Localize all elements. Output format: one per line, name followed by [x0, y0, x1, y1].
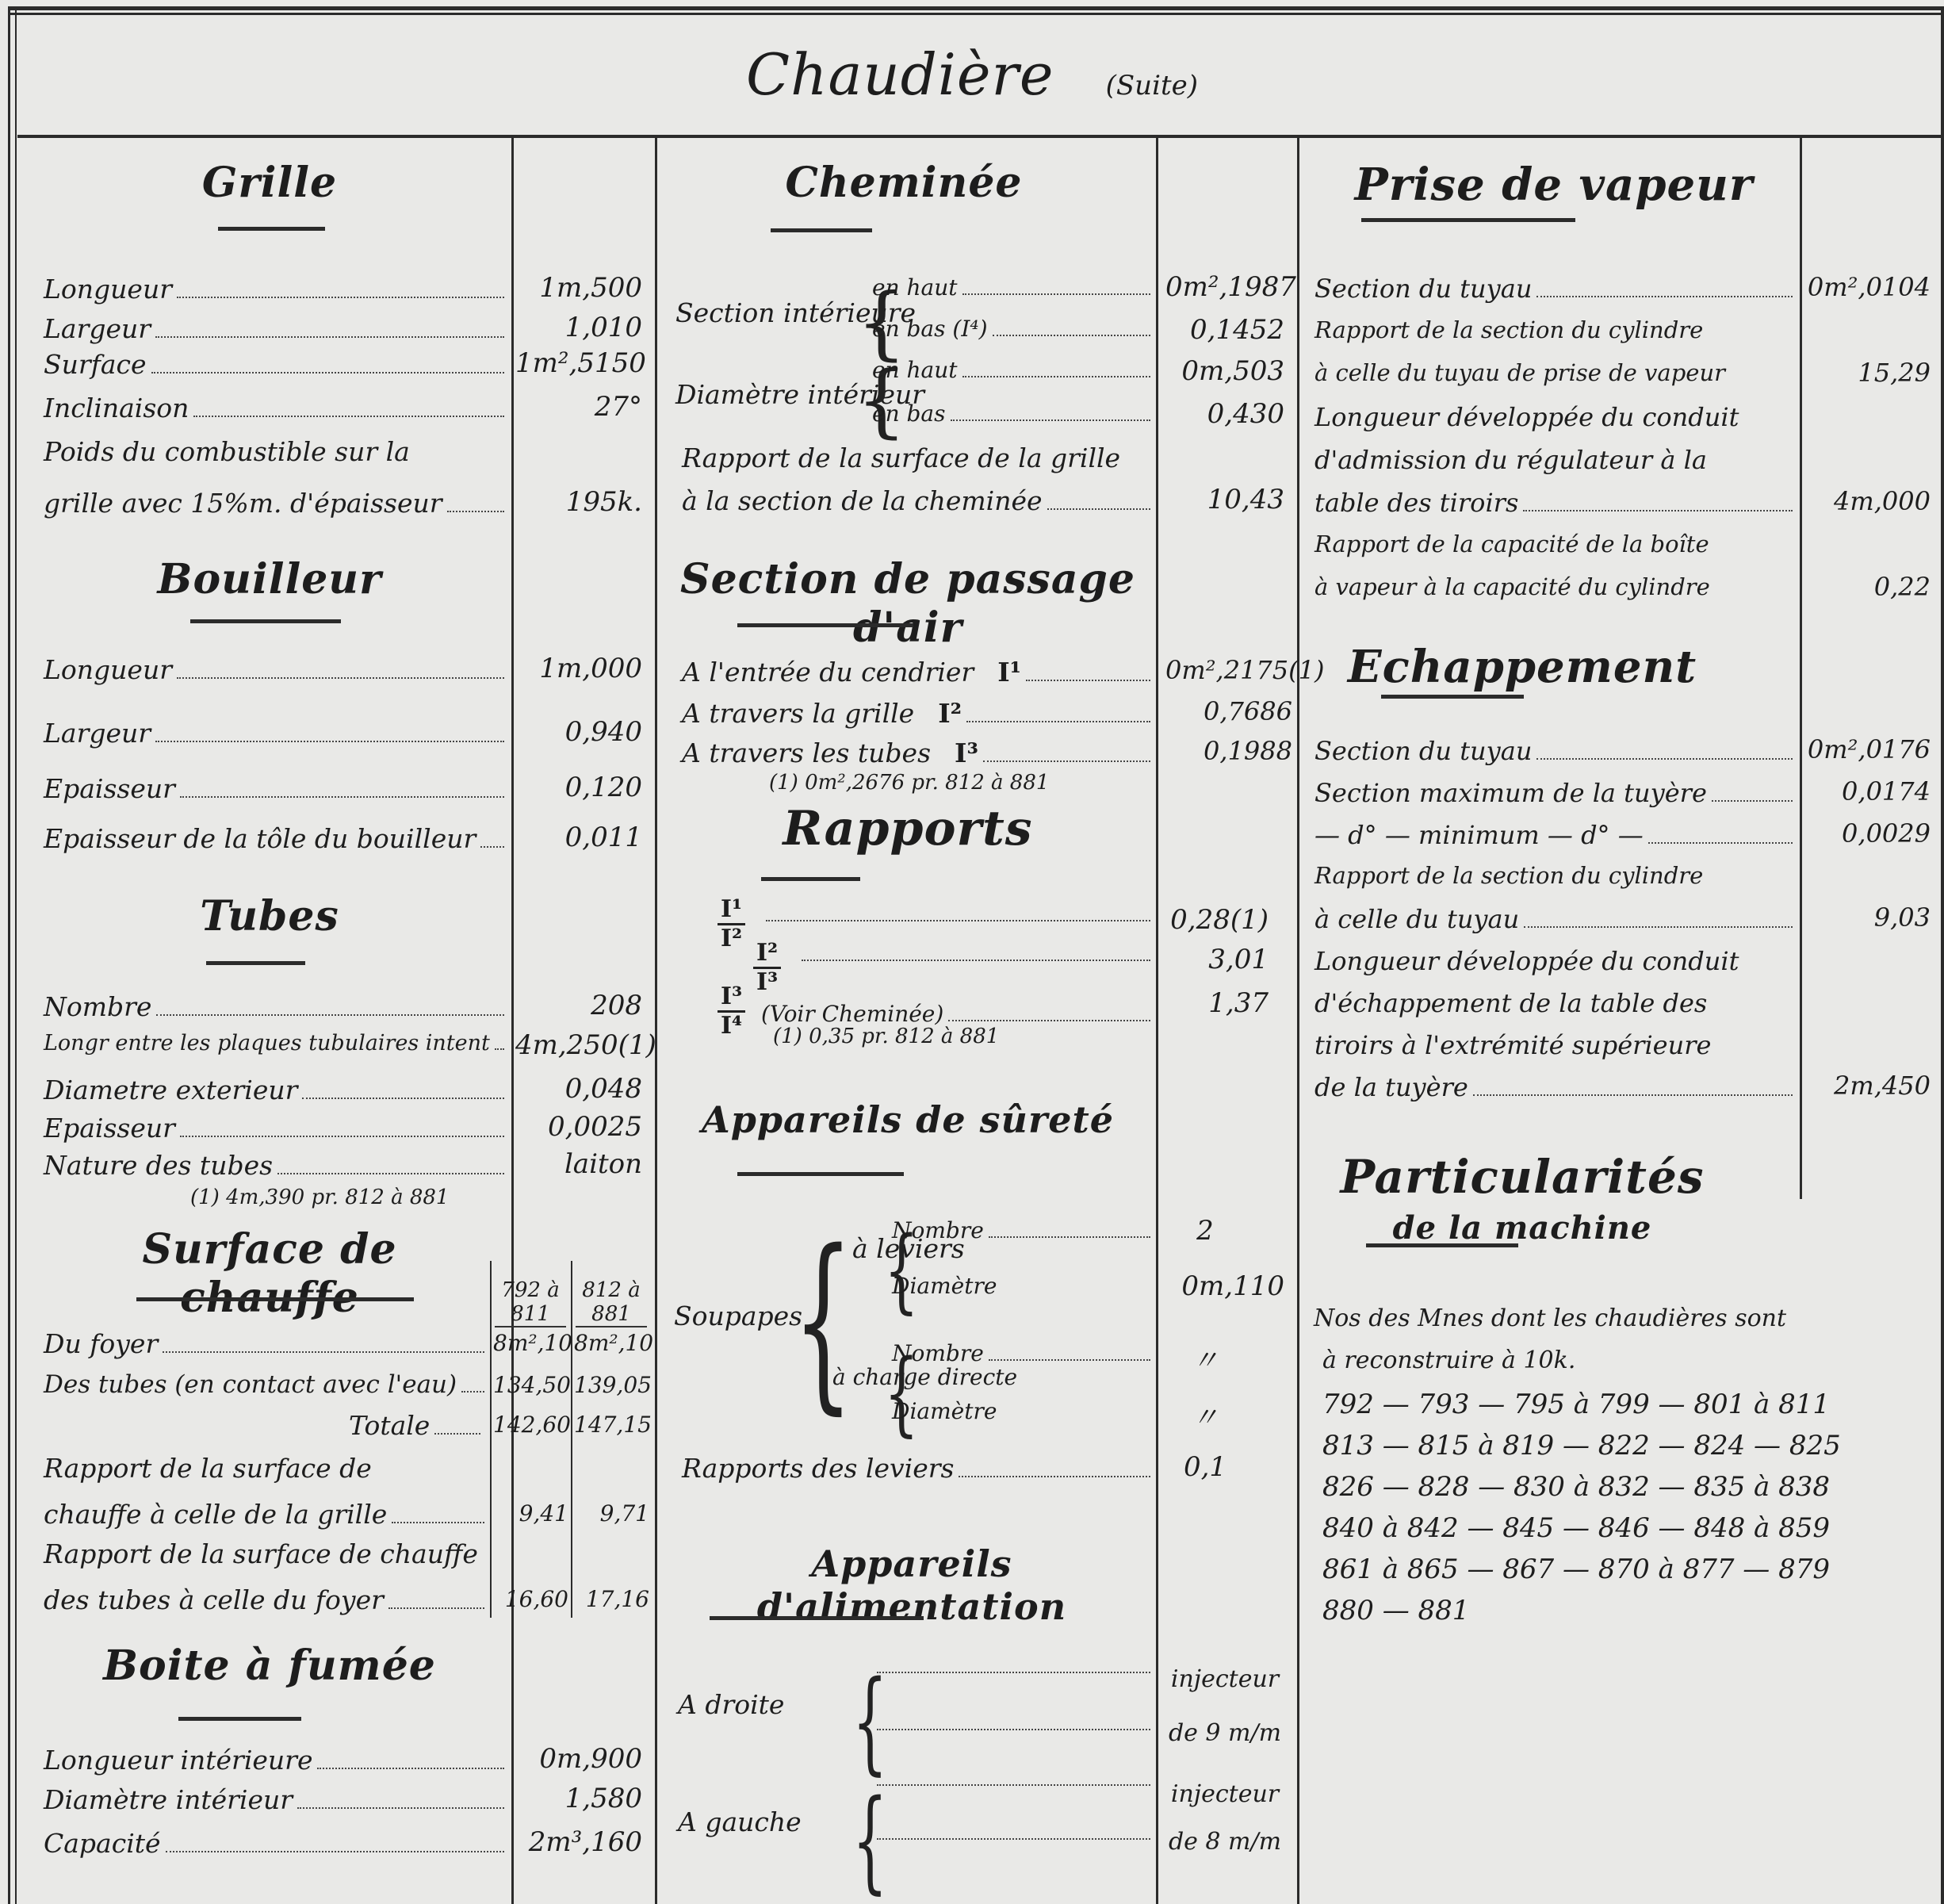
row-label: à celle du tuyau de prise de vapeur	[1314, 359, 1725, 386]
value-812-881: 147,15	[574, 1412, 649, 1438]
row-label: Inclinaison	[44, 393, 189, 423]
machine-number-line: 880 — 881	[1322, 1590, 1841, 1631]
column-divider	[1800, 136, 1802, 1199]
row-value: 9,03	[1804, 902, 1931, 933]
heading-underline	[737, 1172, 904, 1176]
section-heading: Section de passage d'air	[666, 555, 1150, 652]
row-label: Diamètre intérieur	[44, 1784, 293, 1815]
section-heading: Tubes	[48, 892, 492, 941]
column-divider	[1297, 136, 1299, 1904]
row-value: 0m²,0104	[1804, 272, 1931, 302]
machine-number-line: 861 à 865 — 867 — 870 à 877 — 879	[1322, 1549, 1841, 1590]
table-row: Rapport de la section du cylindre	[1314, 862, 1796, 889]
dot-leader	[177, 297, 504, 298]
dot-leader	[983, 760, 1150, 762]
dot-leader	[317, 1768, 504, 1769]
row-value: 0,28(1)	[1165, 904, 1269, 936]
row-label: Nombre	[44, 991, 151, 1022]
row-section-en-haut: en haut	[872, 274, 1154, 301]
frame-border-top-inner	[8, 13, 1944, 15]
frame-border-right	[1941, 6, 1944, 1904]
frame-border-left	[8, 6, 17, 1904]
row-label: Rapport de la surface de chauffe	[44, 1538, 478, 1569]
row-value: 0,0029	[1804, 818, 1931, 849]
row-value: 208	[515, 990, 642, 1021]
brace-icon: {	[793, 1209, 853, 1431]
value-charge-nombre: 〃	[1165, 1339, 1245, 1377]
row-label: Epaisseur de la tôle du bouilleur	[44, 823, 476, 854]
heading-underline	[1366, 1243, 1518, 1247]
row-value: 0,940	[515, 716, 642, 748]
heading-underline	[178, 1717, 301, 1721]
row-label: Epaisseur	[44, 1113, 175, 1144]
particularites-intro-2: à reconstruire à 10k.	[1322, 1347, 1575, 1374]
value-diametre-en-haut: 0m,503	[1165, 355, 1284, 387]
row-label: Du foyer	[44, 1328, 158, 1359]
dot-leader	[1523, 510, 1793, 511]
page-title: Chaudière (Suite)	[0, 41, 1944, 108]
table-row: tiroirs à l'extrémité supérieure	[1314, 1030, 1796, 1060]
row-label: A travers la grille	[682, 698, 914, 729]
section-heading: Particularités	[1308, 1150, 1736, 1204]
machine-number-line: 813 — 815 à 819 — 822 — 824 — 825	[1322, 1425, 1841, 1466]
value-section-en-haut: 0m²,1987	[1165, 271, 1284, 303]
dot-leader	[388, 1607, 484, 1609]
row-label: Section du tuyau	[1314, 736, 1532, 766]
table-row: Rapport de la surface de	[44, 1453, 488, 1484]
row-leviers-nombre: Nombre	[892, 1217, 1154, 1244]
footnote: (1) 0m²,2676 pr. 812 à 881	[769, 771, 1049, 795]
row-value: 1m²,5150	[515, 347, 642, 379]
value-rapport: 10,43	[1165, 484, 1284, 515]
row-value: 195k.	[515, 486, 642, 518]
section-heading: Bouilleur	[48, 555, 492, 603]
value-812-881: 9,71	[574, 1500, 649, 1527]
table-row: Epaisseur	[44, 773, 507, 804]
dot-leader	[1536, 296, 1793, 297]
table-row: Longr entre les plaques tubulaires inten…	[44, 1031, 507, 1056]
row-label: Section du tuyau	[1314, 274, 1532, 304]
row-value: 1m,500	[515, 272, 642, 304]
section-heading: Appareils de sûreté	[666, 1098, 1150, 1141]
dot-leader	[166, 1851, 504, 1852]
row-value: 2m,450	[1804, 1071, 1931, 1101]
fraction-denominator: I²	[718, 925, 745, 952]
value-gauche-1: injecteur	[1165, 1780, 1284, 1808]
alim-dots-gauche-1	[872, 1784, 1154, 1792]
heading-underline	[710, 1616, 924, 1620]
dot-leader	[434, 1433, 480, 1435]
dot-leader	[461, 1391, 484, 1393]
value-792-811: 142,60	[493, 1412, 568, 1438]
row-value: 0,0174	[1804, 776, 1931, 806]
table-row: A travers les tubesI³	[682, 737, 1154, 768]
table-row	[797, 960, 1154, 967]
heading-underline	[136, 1297, 414, 1301]
dot-leader	[447, 511, 504, 512]
dot-leader	[180, 796, 504, 798]
table-row: à vapeur à la capacité du cylindre	[1314, 573, 1796, 600]
table-row: Longueur développée du conduit	[1314, 946, 1796, 976]
row-value: 0m,900	[515, 1743, 642, 1775]
row-label: Poids du combustible sur la	[44, 436, 410, 467]
heading-underline	[771, 228, 872, 232]
table-row: Section du tuyau	[1314, 274, 1796, 304]
column-header-792-811: 792 à 811	[495, 1278, 566, 1327]
subcolumn-divider	[571, 1261, 572, 1618]
row-value: 0,120	[515, 772, 642, 803]
dot-leader	[297, 1807, 504, 1809]
table-row: table des tiroirs	[1314, 488, 1796, 518]
row-value: 0,0025	[515, 1111, 642, 1143]
fraction-numerator: I³	[718, 983, 745, 1013]
table-row: Du foyer	[44, 1328, 488, 1359]
row-label: Longueur développée du conduit	[1314, 946, 1739, 976]
table-row: Nombre	[44, 991, 507, 1022]
row-label: Nature des tubes	[44, 1150, 273, 1181]
row-value: 0,011	[515, 822, 642, 853]
row-label: d'échappement de la table des	[1314, 988, 1707, 1018]
symbol: I²	[938, 698, 962, 729]
dot-leader	[1524, 926, 1793, 928]
rapport-line-1: Rapport de la surface de la grille	[682, 442, 1120, 473]
dot-leader	[1648, 842, 1793, 844]
row-label: Capacité	[44, 1828, 161, 1859]
value-812-881: 8m²,10	[574, 1330, 649, 1356]
row-value: 1,010	[515, 312, 642, 343]
value-charge-diametre: 〃	[1165, 1396, 1245, 1435]
row-label: Totale	[349, 1410, 430, 1441]
row-label: table des tiroirs	[1314, 488, 1518, 518]
subcolumn-divider	[490, 1261, 492, 1618]
dot-leader	[151, 372, 504, 374]
symbol: I³	[955, 737, 978, 768]
row-section-en-bas: en bas (I⁴)	[872, 316, 1154, 343]
value-792-811: 9,41	[493, 1500, 568, 1527]
row-label: Surface	[44, 349, 147, 380]
value-gauche-2: de 8 m/m	[1165, 1828, 1284, 1856]
section-heading: Prise de vapeur	[1308, 159, 1800, 211]
ratio-fraction: I²I³	[753, 940, 781, 996]
value-diametre-en-bas: 0,430	[1165, 398, 1284, 430]
row-label: Epaisseur	[44, 773, 175, 804]
fraction-denominator: I⁴	[718, 1013, 745, 1040]
dot-leader	[155, 336, 504, 338]
section-heading: Echappement	[1308, 641, 1736, 693]
row-leviers-diametre: Diamètre	[892, 1273, 997, 1299]
heading-underline	[1381, 695, 1524, 699]
table-row: d'admission du régulateur à la	[1314, 445, 1796, 475]
row-label: (Voir Cheminée)	[761, 1001, 943, 1027]
row-charge-nombre: Nombre	[892, 1340, 1154, 1367]
row-label: à vapeur à la capacité du cylindre	[1314, 573, 1710, 600]
dot-leader	[766, 920, 1150, 921]
row-label: Largeur	[44, 313, 151, 344]
dot-leader	[180, 1136, 504, 1137]
dot-leader	[302, 1098, 504, 1099]
value-droite-1: injecteur	[1165, 1665, 1284, 1693]
machine-number-line: 792 — 793 — 795 à 799 — 801 à 811	[1322, 1384, 1841, 1425]
table-row: Rapport de la capacité de la boîte	[1314, 531, 1796, 557]
dot-leader	[948, 1020, 1150, 1021]
row-value: 4m,250(1)	[515, 1029, 642, 1061]
row-label: Longueur développée du conduit	[1314, 402, 1739, 432]
particularites-intro-1: Nos des Mnes dont les chaudières sont	[1314, 1304, 1786, 1332]
dot-leader	[480, 846, 504, 848]
frame-border-top	[8, 6, 1944, 10]
column-divider	[655, 136, 657, 1904]
value-leviers-diametre: 0m,110	[1173, 1270, 1284, 1302]
dot-leader	[177, 677, 504, 679]
table-row: Epaisseur	[44, 1113, 507, 1144]
value-leviers-nombre: 2	[1165, 1215, 1245, 1247]
alim-label-gauche: A gauche	[678, 1806, 802, 1837]
row-value: 1,580	[515, 1783, 642, 1814]
dot-leader	[277, 1173, 504, 1174]
table-row: grille avec 15%m. d'épaisseur	[44, 488, 507, 519]
row-label: des tubes à celle du foyer	[44, 1584, 384, 1615]
column-divider	[511, 136, 514, 1904]
heading-underline	[206, 961, 305, 965]
dot-leader	[802, 960, 1150, 961]
table-row: chauffe à celle de la grille	[44, 1499, 488, 1530]
title-main: Chaudière	[746, 41, 1054, 108]
fraction-denominator: I³	[753, 969, 781, 996]
table-row: Des tubes (en contact avec l'eau)	[44, 1370, 488, 1399]
heading-underline	[1361, 218, 1575, 222]
table-row: Nature des tubes	[44, 1150, 507, 1181]
row-label: Longueur	[44, 654, 172, 685]
row-label: Rapport de la section du cylindre	[1314, 862, 1703, 889]
dot-leader	[1712, 800, 1793, 802]
table-row: Inclinaison	[44, 393, 507, 423]
value-792-811: 16,60	[493, 1586, 568, 1612]
section-subheading: de la machine	[1308, 1209, 1736, 1247]
table-row: A travers la grilleI²	[682, 698, 1154, 729]
ratio-fraction: I¹I²	[718, 896, 745, 952]
table-row: Longueur	[44, 654, 507, 685]
row-label: Rapport de la surface de	[44, 1453, 372, 1484]
row-label: Diametre exterieur	[44, 1075, 297, 1105]
table-row	[761, 920, 1154, 928]
heading-underline	[218, 227, 325, 231]
row-value: 0,1988	[1165, 736, 1292, 766]
table-row: (Voir Cheminée)	[761, 1001, 1154, 1028]
table-row: Section maximum de la tuyère	[1314, 778, 1796, 808]
table-row: Section du tuyau	[1314, 736, 1796, 766]
row-label: — d° — minimum — d° —	[1314, 820, 1644, 850]
value-812-881: 139,05	[574, 1372, 649, 1398]
table-row: Epaisseur de la tôle du bouilleur	[44, 823, 507, 854]
fraction-numerator: I²	[753, 940, 781, 969]
fraction-numerator: I¹	[718, 896, 745, 925]
column-header-812-881: 812 à 881	[576, 1278, 647, 1327]
value-792-811: 134,50	[493, 1372, 568, 1398]
row-value: 0,22	[1804, 572, 1931, 602]
row-value: 4m,000	[1804, 486, 1931, 516]
row-value: 0,048	[515, 1073, 642, 1105]
alim-dots-droite-2	[872, 1729, 1154, 1737]
table-row: Diamètre intérieur	[44, 1784, 507, 1815]
row-label: Largeur	[44, 718, 151, 749]
table-row: Poids du combustible sur la	[44, 436, 507, 467]
table-row: Largeur	[44, 718, 507, 749]
value-812-881: 17,16	[574, 1586, 649, 1612]
rapport-line-2: à la section de la cheminée	[682, 485, 1154, 516]
row-label: Rapport de la section du cylindre	[1314, 316, 1703, 343]
row-rapports-leviers: Rapports des leviers	[682, 1453, 1154, 1484]
table-row: — d° — minimum — d° —	[1314, 820, 1796, 850]
title-divider	[17, 135, 1941, 138]
row-value: 2m³,160	[515, 1826, 642, 1858]
row-value: 15,29	[1804, 358, 1931, 388]
symbol: I¹	[997, 657, 1021, 688]
dot-leader	[1536, 758, 1793, 760]
row-label: grille avec 15%m. d'épaisseur	[44, 488, 442, 519]
ratio-fraction: I³I⁴	[718, 983, 745, 1040]
table-row: Rapport de la surface de chauffe	[44, 1538, 488, 1569]
section-heading: Cheminée	[666, 159, 1142, 207]
row-value: 0,7686	[1165, 696, 1292, 726]
table-row: Longueur développée du conduit	[1314, 402, 1796, 432]
dot-leader	[1473, 1094, 1793, 1096]
table-row: Longueur intérieure	[44, 1745, 507, 1776]
column-divider	[1156, 136, 1158, 1904]
table-row: de la tuyère	[1314, 1072, 1796, 1102]
row-label: à celle du tuyau	[1314, 904, 1519, 934]
row-charge-diametre: Diamètre	[892, 1398, 997, 1424]
alim-dots-droite-1	[872, 1672, 1154, 1680]
dot-leader	[966, 721, 1150, 722]
soupapes-label: Soupapes	[674, 1301, 802, 1331]
dot-leader	[495, 1048, 504, 1050]
table-row: Largeur	[44, 313, 507, 344]
value-droite-2: de 9 m/m	[1165, 1719, 1284, 1747]
value-792-811: 8m²,10	[493, 1330, 568, 1356]
table-row: A l'entrée du cendrierI¹	[682, 657, 1154, 688]
dot-leader	[163, 1351, 484, 1353]
row-label: chauffe à celle de la grille	[44, 1499, 387, 1530]
row-label: de la tuyère	[1314, 1072, 1468, 1102]
row-value: 1,37	[1165, 987, 1269, 1019]
row-label: Rapport de la capacité de la boîte	[1314, 531, 1709, 557]
table-row: Diametre exterieur	[44, 1075, 507, 1105]
row-label: Des tubes (en contact avec l'eau)	[44, 1370, 457, 1399]
row-label: A l'entrée du cendrier	[682, 657, 974, 688]
table-row: à celle du tuyau de prise de vapeur	[1314, 359, 1796, 386]
row-label: Longr entre les plaques tubulaires inten…	[44, 1031, 490, 1055]
row-value: 1m,000	[515, 653, 642, 684]
table-row: Totale	[349, 1410, 484, 1441]
dot-leader	[156, 1014, 504, 1016]
table-row: Rapport de la section du cylindre	[1314, 316, 1796, 343]
row-label: d'admission du régulateur à la	[1314, 445, 1707, 475]
alim-dots-gauche-2	[872, 1838, 1154, 1846]
value-section-en-bas: 0,1452	[1165, 314, 1284, 346]
row-value: laiton	[515, 1148, 642, 1180]
section-heading: Rapports	[666, 801, 1150, 856]
row-value: 0m²,0176	[1804, 734, 1931, 764]
table-row: Capacité	[44, 1828, 507, 1859]
row-label: Section maximum de la tuyère	[1314, 778, 1707, 808]
section-heading: Boite à fumée	[48, 1642, 492, 1690]
table-row: à celle du tuyau	[1314, 904, 1796, 934]
footnote: (1) 4m,390 pr. 812 à 881	[190, 1186, 449, 1209]
heading-underline	[190, 619, 341, 623]
heading-underline	[737, 623, 913, 627]
table-row: Longueur	[44, 274, 507, 305]
row-label: tiroirs à l'extrémité supérieure	[1314, 1030, 1711, 1060]
machine-numbers-list: 792 — 793 — 795 à 799 — 801 à 811813 — 8…	[1322, 1384, 1841, 1631]
row-label: Longueur	[44, 274, 172, 305]
row-value: 3,01	[1165, 944, 1269, 975]
alim-label-droite: A droite	[678, 1689, 784, 1720]
row-diametre-en-haut: en haut	[872, 357, 1154, 384]
dot-leader	[392, 1522, 484, 1523]
table-row: Surface	[44, 349, 507, 380]
title-sub: (Suite)	[1106, 70, 1198, 102]
footnote: (1) 0,35 pr. 812 à 881	[773, 1025, 999, 1048]
dot-leader	[193, 416, 504, 417]
row-diametre-en-bas: en bas	[872, 400, 1154, 427]
table-row: des tubes à celle du foyer	[44, 1584, 488, 1615]
table-row: d'échappement de la table des	[1314, 988, 1796, 1018]
section-heading: Grille	[48, 159, 492, 207]
group-charge-directe: à charge directe	[832, 1364, 1017, 1390]
row-label: Longueur intérieure	[44, 1745, 312, 1776]
row-value: 0m²,2175(1)	[1165, 655, 1292, 685]
value-rapports-leviers: 0,1	[1165, 1451, 1245, 1483]
heading-underline	[761, 877, 860, 881]
machine-number-line: 840 à 842 — 845 — 846 — 848 à 859	[1322, 1507, 1841, 1549]
dot-leader	[1026, 680, 1150, 681]
row-value: 27°	[515, 391, 642, 423]
row-label: A travers les tubes	[682, 737, 931, 768]
machine-number-line: 826 — 828 — 830 à 832 — 835 à 838	[1322, 1466, 1841, 1507]
dot-leader	[155, 741, 504, 742]
section-heading: Surface de chauffe	[48, 1225, 492, 1322]
section-heading: Appareils d'alimentation	[666, 1542, 1158, 1628]
